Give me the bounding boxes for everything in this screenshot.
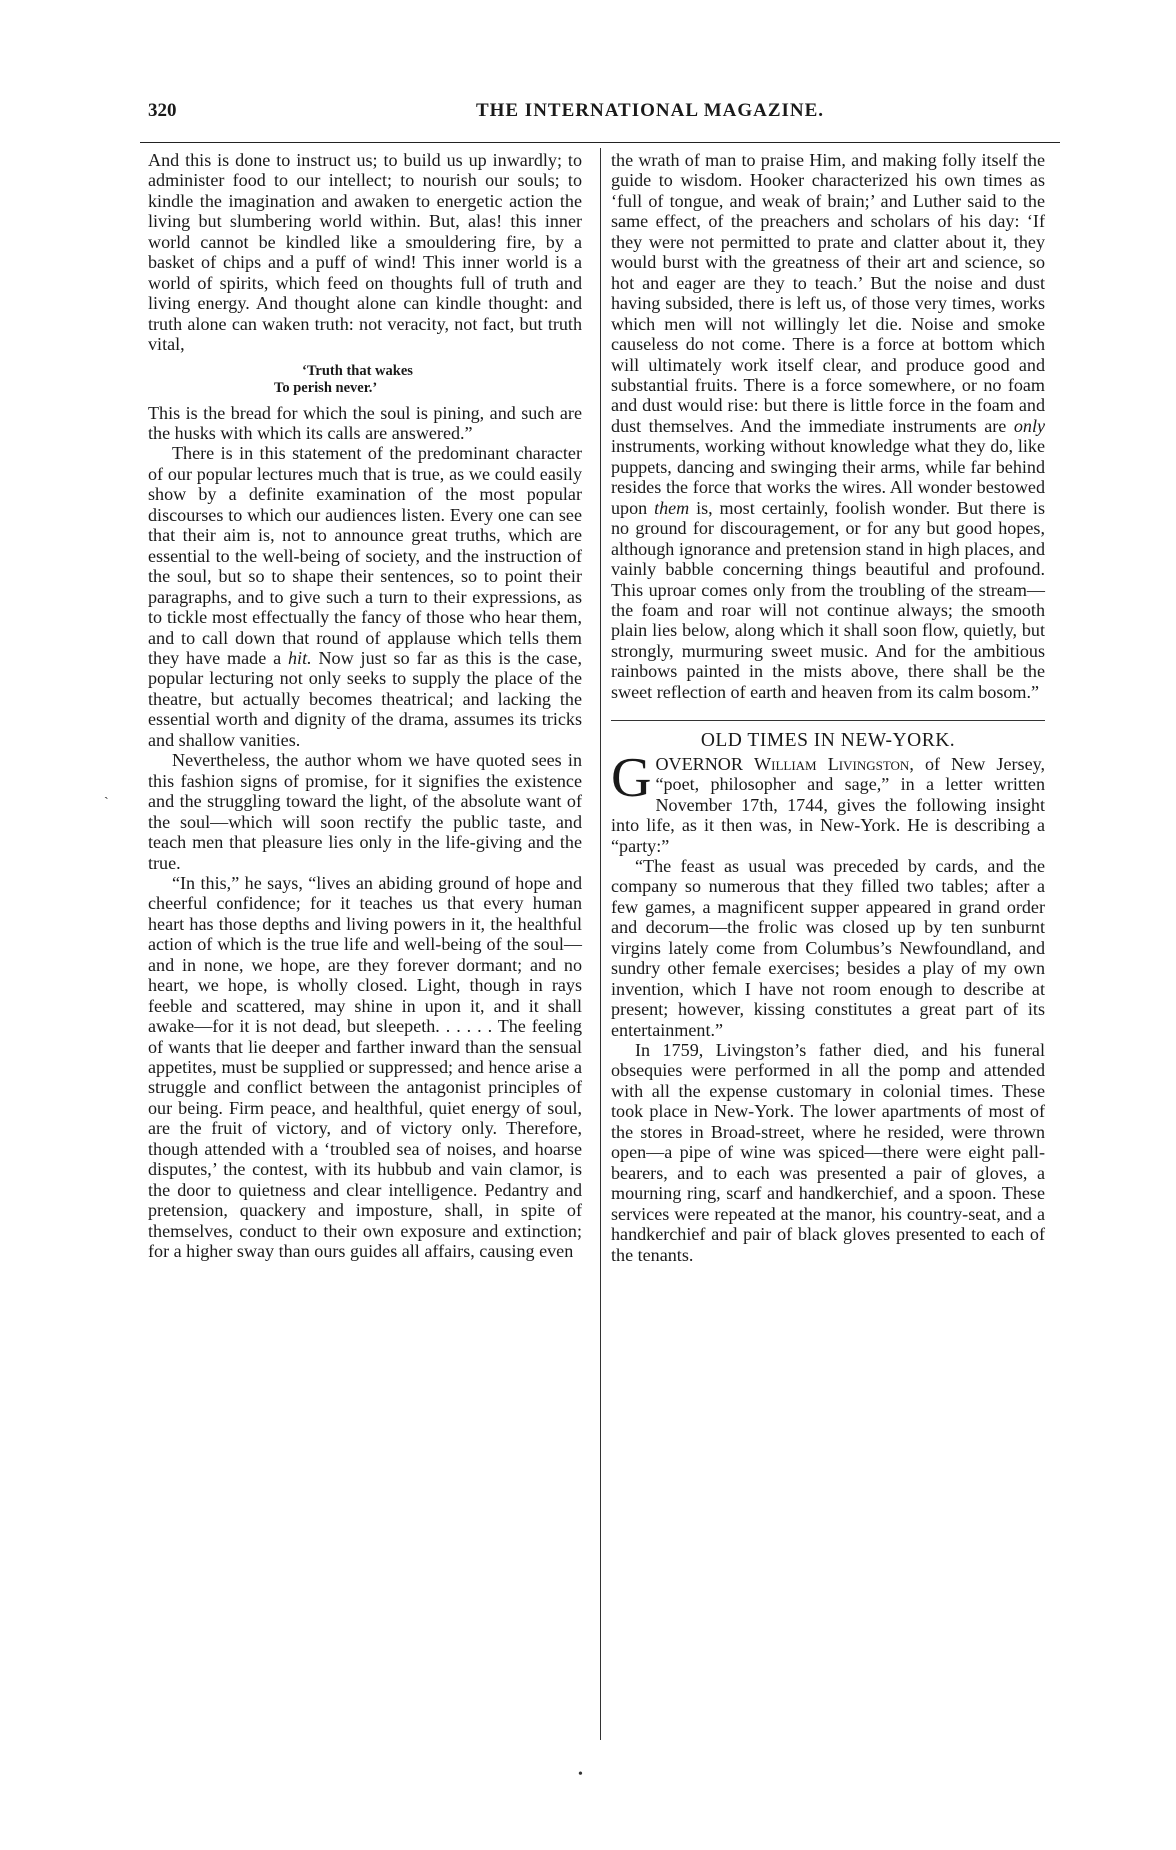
text-run: the wrath of man to praise Him, and maki… <box>611 150 1045 436</box>
paragraph: There is in this statement of the predom… <box>148 443 582 750</box>
header-rule <box>140 142 1060 143</box>
drop-cap: G <box>611 756 651 800</box>
author-name: William Livingston, <box>754 754 914 774</box>
paragraph: In 1759, Livingston’s father died, and h… <box>611 1040 1045 1265</box>
verse-quote: ‘Truth that wakes To perish never.’ <box>148 363 582 397</box>
paragraph: And this is done to instruct us; to buil… <box>148 150 582 355</box>
section-title: OLD TIMES IN NEW-YORK. <box>611 731 1045 751</box>
paragraph: “In this,” he says, “lives an abiding gr… <box>148 873 582 1262</box>
paragraph: the wrath of man to praise Him, and maki… <box>611 150 1045 702</box>
paragraph: This is the bread for which the soul is … <box>148 403 582 444</box>
left-column: And this is done to instruct us; to buil… <box>148 150 582 1262</box>
verse-line: To perish never.’ <box>148 380 582 397</box>
running-title: THE INTERNATIONAL MAGAZINE. <box>140 100 1060 122</box>
section-divider <box>611 720 1045 721</box>
paragraph: Nevertheless, the author whom we have qu… <box>148 750 582 873</box>
print-mark: ˏ <box>104 786 109 800</box>
verse-line: ‘Truth that wakes <box>148 363 582 380</box>
text-run: is, most certainly, foolish wonder. But … <box>611 498 1045 702</box>
text-run: There is in this statement of the predom… <box>148 443 582 668</box>
italic-text: only <box>1014 416 1045 436</box>
right-column: the wrath of man to praise Him, and maki… <box>611 150 1045 1265</box>
text-run: OVERNOR <box>655 754 742 774</box>
italic-text: them <box>654 498 689 518</box>
paragraph: GOVERNOR William Livingston, of New Jers… <box>611 754 1045 856</box>
page-header: 320 THE INTERNATIONAL MAGAZINE. <box>140 100 1060 136</box>
paragraph: “The feast as usual was preceded by card… <box>611 856 1045 1040</box>
column-divider <box>600 148 601 1740</box>
print-mark: • <box>578 1768 583 1782</box>
italic-text: hit. <box>288 648 312 668</box>
